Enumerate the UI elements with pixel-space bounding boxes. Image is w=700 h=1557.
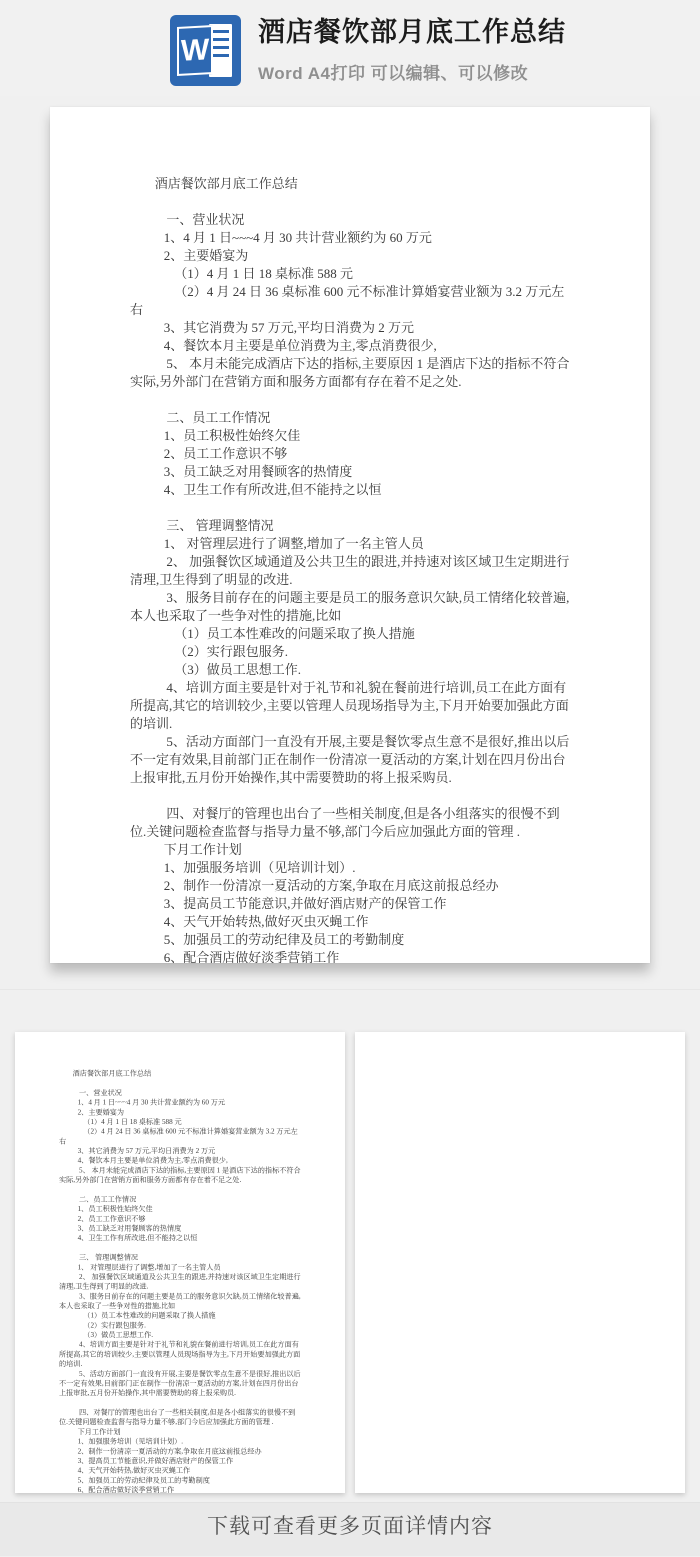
doc-line: 三、 管理调整情况 xyxy=(59,1253,302,1263)
doc-line: 3、提高员工节能意识,并做好酒店财产的保管工作 xyxy=(130,895,572,913)
template-preview-page: W 酒店餐饮部月底工作总结 Word A4打印 可以编辑、可以修改 酒店餐饮部月… xyxy=(0,0,700,1557)
doc-line: 1、 对管理层进行了调整,增加了一名主管人员 xyxy=(130,535,572,553)
doc-line: 2、制作一份清凉一夏活动的方案,争取在月底这前报总经办 xyxy=(130,877,572,895)
document-preview-area: 酒店餐饮部月底工作总结 一、营业状况1、4 月 1 日~~~4 月 30 共计营… xyxy=(0,96,700,989)
doc-line: 6、配合酒店做好淡季营销工作 xyxy=(130,949,572,963)
doc-line: 5、 本月未能完成酒店下达的指标,主要原因 1 是酒店下达的指标不符合实际,另外… xyxy=(130,355,572,391)
doc-line: 2、 加强餐饮区域通道及公共卫生的跟进,并持速对该区域卫生定期进行清理,卫生得到… xyxy=(59,1272,302,1291)
doc-line: 4、卫生工作有所改进,但不能持之以恒 xyxy=(130,481,572,499)
doc-line: （2）4 月 24 日 36 桌标准 600 元不标准计算婚宴营业额为 3.2 … xyxy=(59,1127,302,1146)
doc-line: 四、对餐厅的管理也出台了一些相关制度,但是各小组落实的很慢不到位.关键问题检查监… xyxy=(130,805,572,841)
doc-line xyxy=(59,1078,302,1088)
doc-line: 4、卫生工作有所改进,但不能持之以恒 xyxy=(59,1233,302,1243)
page-thumbnail-1[interactable]: 酒店餐饮部月底工作总结 一、营业状况1、4 月 1 日~~~4 月 30 共计营… xyxy=(15,1032,345,1493)
doc-line: 三、 管理调整情况 xyxy=(130,517,572,535)
page-title: 酒店餐饮部月底工作总结 xyxy=(258,16,566,48)
doc-line: 4、培训方面主要是针对于礼节和礼貌在餐前进行培训,员工在此方面有所提高,其它的培… xyxy=(130,679,572,733)
page-thumbnail-1-content: 酒店餐饮部月底工作总结 一、营业状况1、4 月 1 日~~~4 月 30 共计营… xyxy=(15,1032,345,1493)
doc-line: 3、员工缺乏对用餐顾客的热情度 xyxy=(130,463,572,481)
word-logo-icon: W xyxy=(170,15,241,86)
doc-line: 1、4 月 1 日~~~4 月 30 共计营业额约为 60 万元 xyxy=(59,1098,302,1108)
doc-line: 4、餐饮本月主要是单位消费为主,零点消费很少, xyxy=(130,337,572,355)
doc-line: （1）员工本性难改的问题采取了换人措施 xyxy=(59,1311,302,1321)
doc-line: 一、营业状况 xyxy=(130,211,572,229)
doc-line: 2、员工工作意识不够 xyxy=(59,1214,302,1224)
header: W 酒店餐饮部月底工作总结 Word A4打印 可以编辑、可以修改 xyxy=(0,0,700,96)
footer-text: 下载可查看更多页面详情内容 xyxy=(207,1510,493,1540)
doc-line: （1）员工本性难改的问题采取了换人措施 xyxy=(130,625,572,643)
doc-line: 下月工作计划 xyxy=(130,841,572,859)
document-page-1: 酒店餐饮部月底工作总结 一、营业状况1、4 月 1 日~~~4 月 30 共计营… xyxy=(50,107,650,963)
word-logo-letter: W xyxy=(181,35,209,66)
doc-line: 2、主要婚宴为 xyxy=(59,1107,302,1117)
doc-line: 3、员工缺乏对用餐顾客的热情度 xyxy=(59,1224,302,1234)
doc-line: （3）做员工思想工作. xyxy=(130,661,572,679)
doc-line: 1、加强服务培训（见培训计划）. xyxy=(59,1437,302,1447)
doc-line: 1、4 月 1 日~~~4 月 30 共计营业额约为 60 万元 xyxy=(130,229,572,247)
word-logo-cover: W xyxy=(177,25,213,76)
doc-line: 2、员工工作意识不够 xyxy=(130,445,572,463)
doc-line: 4、天气开始转热,做好灭虫灭蝇工作 xyxy=(130,913,572,931)
doc-line: （1）4 月 1 日 18 桌标准 588 元 xyxy=(130,265,572,283)
doc-line: （2）实行跟包服务. xyxy=(59,1320,302,1330)
doc-line: 3、服务目前存在的问题主要是员工的服务意识欠缺,员工情绪化较普遍,本人也采取了一… xyxy=(130,589,572,625)
page-thumbnail-2[interactable] xyxy=(355,1032,685,1493)
doc-line: （3）做员工思想工作. xyxy=(59,1330,302,1340)
doc-line: 5、加强员工的劳动纪律及员工的考勤制度 xyxy=(59,1475,302,1485)
doc-line: 1、加强服务培训（见培训计划）. xyxy=(130,859,572,877)
doc-line: 1、员工积极性始终欠佳 xyxy=(59,1204,302,1214)
doc-line: 3、其它消费为 57 万元,平均日消费为 2 万元 xyxy=(130,319,572,337)
thumbnail-strip: 酒店餐饮部月底工作总结 一、营业状况1、4 月 1 日~~~4 月 30 共计营… xyxy=(0,989,700,1502)
doc-line: 5、活动方面部门一直没有开展,主要是餐饮零点生意不是很好,推出以后不一定有效果,… xyxy=(130,733,572,787)
doc-line: （2）4 月 24 日 36 桌标准 600 元不标准计算婚宴营业额为 3.2 … xyxy=(130,283,572,319)
doc-line: 四、对餐厅的管理也出台了一些相关制度,但是各小组落实的很慢不到位.关键问题检查监… xyxy=(59,1408,302,1427)
header-text-block: 酒店餐饮部月底工作总结 Word A4打印 可以编辑、可以修改 xyxy=(258,16,566,84)
doc-line xyxy=(130,193,572,211)
doc-line: 酒店餐饮部月底工作总结 xyxy=(130,175,572,193)
doc-line xyxy=(130,391,572,409)
footer-bar: 下载可查看更多页面详情内容 xyxy=(0,1502,700,1556)
doc-line: 酒店餐饮部月底工作总结 xyxy=(59,1069,302,1079)
doc-line: 2、 加强餐饮区域通道及公共卫生的跟进,并持速对该区域卫生定期进行清理,卫生得到… xyxy=(130,553,572,589)
doc-line: 3、服务目前存在的问题主要是员工的服务意识欠缺,员工情绪化较普遍,本人也采取了一… xyxy=(59,1291,302,1310)
doc-line xyxy=(130,787,572,805)
doc-line xyxy=(130,499,572,517)
doc-line: 4、培训方面主要是针对于礼节和礼貌在餐前进行培训,员工在此方面有所提高,其它的培… xyxy=(59,1340,302,1369)
doc-line: 6、配合酒店做好淡季营销工作 xyxy=(59,1485,302,1493)
doc-line: （1）4 月 1 日 18 桌标准 588 元 xyxy=(59,1117,302,1127)
doc-line: 5、 本月未能完成酒店下达的指标,主要原因 1 是酒店下达的指标不符合实际,另外… xyxy=(59,1165,302,1184)
doc-line: 5、加强员工的劳动纪律及员工的考勤制度 xyxy=(130,931,572,949)
doc-line: 3、提高员工节能意识,并做好酒店财产的保管工作 xyxy=(59,1456,302,1466)
doc-line xyxy=(59,1398,302,1408)
doc-line: 5、活动方面部门一直没有开展,主要是餐饮零点生意不是很好,推出以后不一定有效果,… xyxy=(59,1369,302,1398)
doc-line: 3、其它消费为 57 万元,平均日消费为 2 万元 xyxy=(59,1146,302,1156)
doc-line: 4、天气开始转热,做好灭虫灭蝇工作 xyxy=(59,1466,302,1476)
doc-line: 2、制作一份清凉一夏活动的方案,争取在月底这前报总经办 xyxy=(59,1446,302,1456)
doc-line: 4、餐饮本月主要是单位消费为主,零点消费很少, xyxy=(59,1156,302,1166)
doc-line: 二、员工工作情况 xyxy=(130,409,572,427)
doc-line: 1、 对管理层进行了调整,增加了一名主管人员 xyxy=(59,1262,302,1272)
doc-line: 一、营业状况 xyxy=(59,1088,302,1098)
doc-line: 2、主要婚宴为 xyxy=(130,247,572,265)
doc-line xyxy=(59,1243,302,1253)
doc-line: 1、员工积极性始终欠佳 xyxy=(130,427,572,445)
page-subtitle: Word A4打印 可以编辑、可以修改 xyxy=(258,59,566,84)
doc-line xyxy=(59,1185,302,1195)
document-page-1-content: 酒店餐饮部月底工作总结 一、营业状况1、4 月 1 日~~~4 月 30 共计营… xyxy=(50,107,650,963)
doc-line: （2）实行跟包服务. xyxy=(130,643,572,661)
doc-line: 下月工作计划 xyxy=(59,1427,302,1437)
doc-line: 二、员工工作情况 xyxy=(59,1194,302,1204)
